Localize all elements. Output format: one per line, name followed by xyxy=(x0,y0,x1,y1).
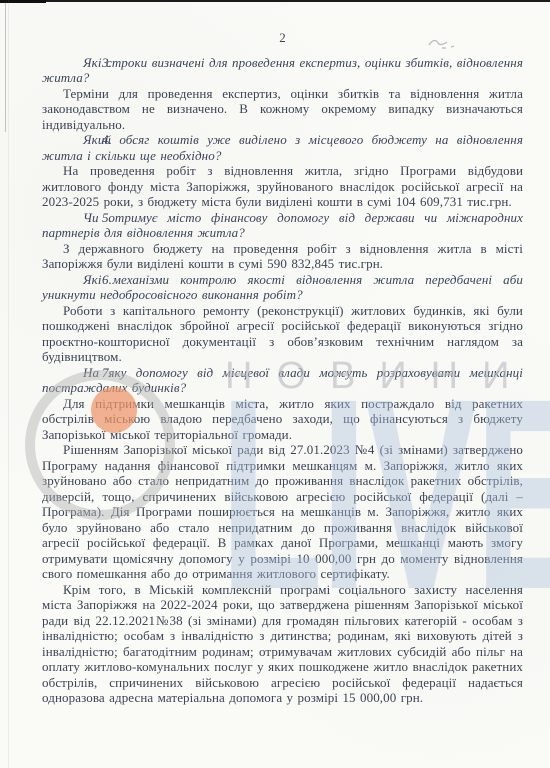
question-text: Які строки визначені для проведення експ… xyxy=(42,55,523,86)
qa-item-3: 3.Які строки визначені для проведення ек… xyxy=(42,55,523,133)
scan-corner-mark xyxy=(0,0,46,3)
answer-3: Терміни для проведення експертиз, оцінки… xyxy=(42,86,523,133)
answer-7-paragraph-2: Рішенням Запорізької міської ради від 27… xyxy=(42,442,523,582)
question-number: 5. xyxy=(42,210,83,226)
qa-item-4: 4.Який обсяг коштів уже виділено з місце… xyxy=(42,132,523,210)
question-3: 3.Які строки визначені для проведення ек… xyxy=(42,55,523,86)
question-text: Чи отримує місто фінансову допомогу від … xyxy=(42,210,523,241)
scan-top-edge xyxy=(0,0,550,2)
question-number: 4. xyxy=(42,132,83,148)
scanned-document-page: 2 3.Які строки визначені для проведення … xyxy=(0,0,550,768)
question-6: 6.Які механізми контролю якості відновле… xyxy=(42,272,523,303)
qa-item-6: 6.Які механізми контролю якості відновле… xyxy=(42,272,523,365)
question-text: Які механізми контролю якості відновленн… xyxy=(42,272,523,303)
scan-left-edge xyxy=(5,2,6,132)
question-7: 7.На яку допомогу від місцевої влади мож… xyxy=(42,365,523,396)
page-number: 2 xyxy=(42,30,523,46)
qa-item-5: 5.Чи отримує місто фінансову допомогу ві… xyxy=(42,210,523,272)
scan-left-shadow xyxy=(8,0,9,768)
question-text: На яку допомогу від місцевої влади можут… xyxy=(42,365,523,396)
answer-7-paragraph-1: Для підтримки мешканців міста, житло яки… xyxy=(42,396,523,443)
question-number: 6. xyxy=(42,272,83,288)
question-text: Який обсяг коштів уже виділено з місцево… xyxy=(42,132,523,163)
question-number: 3. xyxy=(42,55,83,71)
answer-6: Роботи з капітального ремонту (реконстру… xyxy=(42,303,523,365)
question-5: 5.Чи отримує місто фінансову допомогу ві… xyxy=(42,210,523,241)
question-number: 7. xyxy=(42,365,83,381)
question-4: 4.Який обсяг коштів уже виділено з місце… xyxy=(42,132,523,163)
answer-5: З державного бюджету на проведення робіт… xyxy=(42,241,523,272)
qa-item-7: 7.На яку допомогу від місцевої влади мож… xyxy=(42,365,523,706)
document-body: 2 3.Які строки визначені для проведення … xyxy=(42,30,523,706)
answer-7-paragraph-3: Крім того, в Міській комплексній програм… xyxy=(42,582,523,706)
answer-4: На проведення робіт з відновлення житла,… xyxy=(42,163,523,210)
